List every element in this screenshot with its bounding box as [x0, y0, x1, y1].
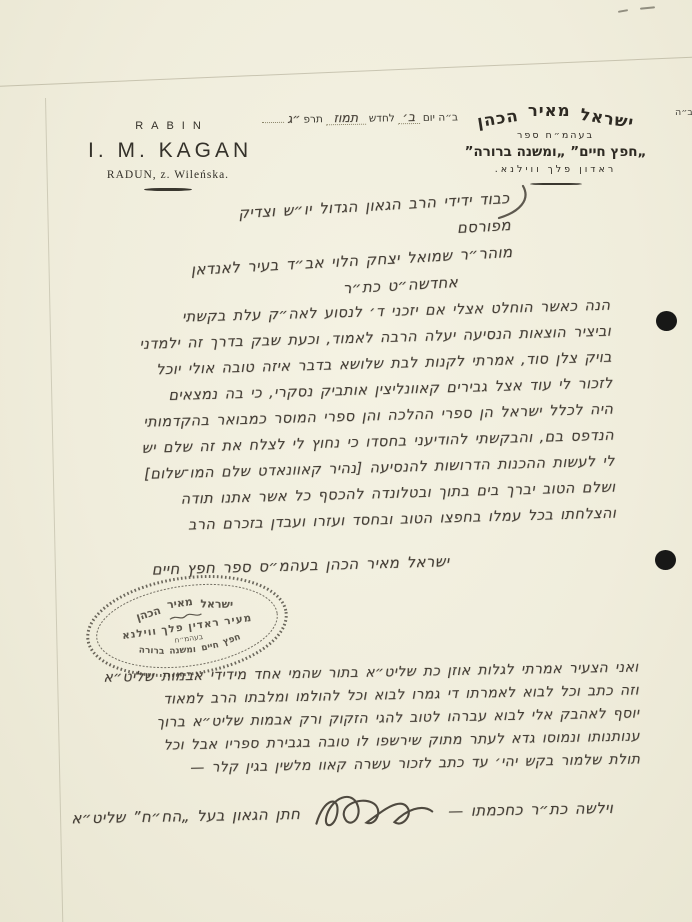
scanned-letter-page: RABIN I. M. KAGAN RADUN, z. Wileńska. ב״… — [0, 0, 692, 922]
closing-prefix: וילשה כת״ר כחכמתו — — [448, 796, 613, 822]
arched-name-word: ישראל — [578, 105, 635, 132]
letterhead-address: RADUN, z. Wileńska. — [88, 169, 248, 181]
stray-pen-mark — [640, 6, 655, 10]
letter-body-block: הנה כאשר הוחלט אצלי אם יזכני ד׳ לנסוע לא… — [82, 293, 618, 585]
stamp-book-word: ברורה — [139, 645, 165, 656]
handwritten-signature-flourish — [310, 787, 439, 837]
letterhead-name: I. M. KAGAN — [88, 139, 248, 163]
handwritten-day: ב׳ — [402, 109, 415, 124]
punch-hole-dot — [656, 311, 677, 331]
stamp-book-word: חיים — [200, 640, 219, 653]
salutation-block: כבוד ידידי הרב הגאון הגדול יו״ש וצדיק מפ… — [185, 185, 515, 311]
letterhead-title: RABIN — [88, 120, 248, 132]
arched-name-word: מאיר — [528, 101, 571, 120]
day-blank-leader: ב׳ — [398, 112, 420, 124]
printed-bsd-corner: ב״ה — [675, 107, 692, 118]
letterhead-latin: RABIN I. M. KAGAN RADUN, z. Wileńska. — [88, 120, 248, 191]
stamp-name-word: ישראל — [200, 597, 233, 611]
letterhead-hebrew: ישראל מאיר הכהן בעהמ״ח ספר „חפץ חיים” „ו… — [448, 94, 663, 185]
year-blank-leader — [262, 122, 284, 123]
letterhead-arched-name: ישראל מאיר הכהן — [448, 94, 663, 128]
date-line: ב״ה יום ב׳ לחדש תמוז תרפ ״ג — [233, 108, 458, 126]
letterhead-underline-flourish — [144, 188, 192, 191]
printed-month-label: לחדש — [369, 112, 395, 124]
stamp-name-word: מאיר — [166, 595, 193, 611]
arched-name-word: הכהן — [476, 106, 520, 131]
paper-top-edge-line — [0, 56, 692, 87]
postscript-block: ואני הצעיר אמרתי לגלות אוזן כת שליט״א בת… — [58, 656, 641, 842]
postscript-closing-line: וילשה כת״ר כחכמתו — חתן הגאון בעל „הח״ח”… — [61, 784, 614, 843]
letterhead-book-titles: „חפץ חיים” „ומשנה ברורה” — [448, 144, 663, 160]
letterhead-town-line: ראדון פלך ווילנא. — [448, 164, 663, 175]
month-blank-leader: תמוז — [326, 113, 366, 126]
printed-year-prefix: תרפ — [303, 113, 323, 125]
punch-hole-dot — [655, 550, 676, 570]
handwritten-month: תמוז — [333, 110, 358, 125]
stray-pen-mark — [618, 9, 628, 13]
stamp-book-word: חפץ — [221, 632, 241, 647]
handwritten-year-suffix: ״ג — [287, 111, 300, 126]
letterhead-underline-flourish — [530, 183, 582, 185]
closing-suffix: חתן הגאון בעל „הח״ח” שליט״א — [71, 802, 300, 829]
stamp-book-word: ומשנה — [169, 644, 196, 656]
stamp-name-word: הכהן — [135, 603, 163, 623]
